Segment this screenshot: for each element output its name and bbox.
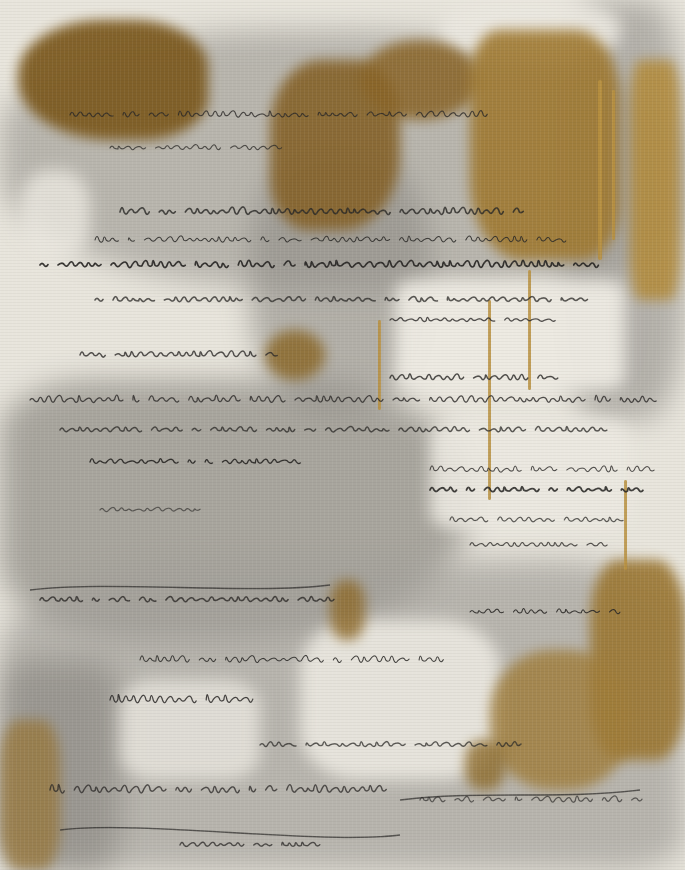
abstract-artwork: Abstract textile design: layered gray wa… — [0, 0, 685, 870]
sweep-stroke — [30, 585, 330, 590]
handwriting-stroke — [180, 842, 320, 846]
handwriting-stroke — [390, 317, 565, 321]
handwriting-stroke — [30, 395, 656, 402]
handwriting-stroke — [140, 655, 443, 662]
handwriting-stroke — [100, 507, 200, 511]
handwriting-stroke — [260, 742, 521, 747]
handwriting-stroke — [470, 609, 620, 614]
handwriting-stroke — [50, 785, 396, 793]
handwriting-stroke — [95, 236, 566, 242]
handwriting-stroke — [430, 466, 654, 472]
handwriting-stroke — [70, 111, 487, 118]
calligraphy-scribble-layer — [0, 0, 685, 870]
handwriting-stroke — [40, 597, 334, 602]
handwriting-stroke — [40, 260, 598, 267]
sweep-stroke — [60, 828, 400, 838]
handwriting-stroke — [60, 426, 607, 431]
handwriting-stroke — [110, 145, 282, 150]
handwriting-stroke — [390, 374, 558, 380]
handwriting-stroke — [120, 207, 523, 215]
handwriting-stroke — [430, 487, 643, 492]
handwriting-stroke — [470, 542, 607, 546]
handwriting-stroke — [420, 796, 642, 802]
handwriting-stroke — [450, 517, 623, 522]
handwriting-stroke — [95, 297, 597, 302]
handwriting-stroke — [110, 695, 253, 703]
handwriting-stroke — [80, 351, 287, 357]
handwriting-stroke — [90, 459, 310, 464]
